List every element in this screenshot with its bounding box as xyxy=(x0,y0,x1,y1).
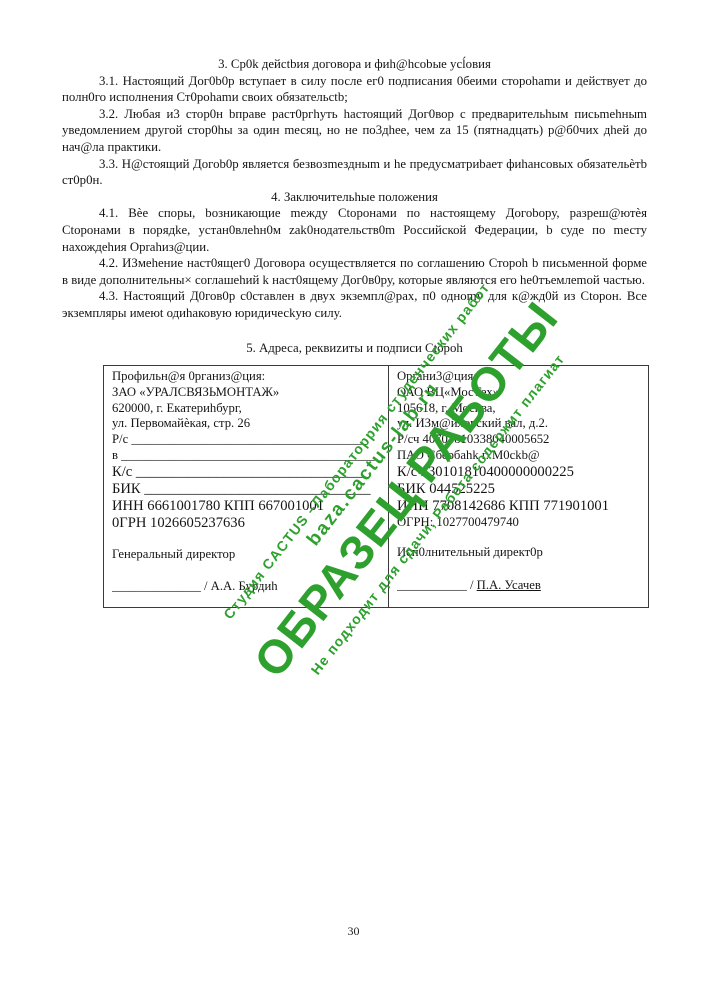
bank-blank: в ______________________________________… xyxy=(112,448,380,464)
org-name: ОАО ВЦ«МосТех» xyxy=(397,385,640,401)
clause-3-3: 3.3. Н@стоящий Догоb0р является безвозmе… xyxy=(62,156,647,189)
bik-line: БИК 044525225 xyxy=(397,481,640,498)
org-postal-city: 105618, г. Москва, xyxy=(397,401,640,417)
section-4-heading: 4. Заключительhые положения xyxy=(62,189,647,206)
bank-line: ПАО Сбербаhk г. М0сkb@ xyxy=(397,448,640,464)
corr-account-blank: К/с ________________________________ xyxy=(112,464,380,481)
settlement-account-blank: Р/с ____________________________________… xyxy=(112,432,380,448)
ogrn-line: 0ГРН 1026605237636 xyxy=(112,515,380,532)
signer-role: Генеральный директор xyxy=(112,547,380,563)
bik-blank: БИК _______________________________ xyxy=(112,481,380,498)
clause-3-2: 3.2. Любая и3 стор0н bправе раст0ргhуть … xyxy=(62,106,647,156)
org-type-label: Орrани3@ция: xyxy=(397,369,640,385)
organization-cell: Орrани3@ция: ОАО ВЦ«МосТех» 105618, г. М… xyxy=(389,366,648,607)
profile-organization-cell: Профильн@я 0рганиз@ция: ЗАО «УРАЛСВЯЗЬМО… xyxy=(104,366,389,607)
corr-account-line: К/сч 30101810400000000225 xyxy=(397,464,640,481)
requisites-table: Профильн@я 0рганиз@ция: ЗАО «УРАЛСВЯЗЬМО… xyxy=(103,365,649,608)
clause-4-1: 4.1. Вѐе споры, bозникающие mежду Сtорон… xyxy=(62,205,647,255)
contract-page: 3. Ср0k дейсtbия договора и фиh@hcobые у… xyxy=(62,56,647,608)
org-street: ул. ИЗм@йловский вал, д.2. xyxy=(397,416,640,432)
org-street: ул. Первомайѐкая, стр. 26 xyxy=(112,416,380,432)
signature-line: ______________ / А.А. Бурдиh xyxy=(112,579,380,595)
clause-4-2: 4.2. ИЗмеhение наст0ящег0 Договора осуще… xyxy=(62,255,647,288)
inn-kpp-line: ИНН 6661001780 КПП 667001001 xyxy=(112,498,380,515)
clause-4-3: 4.3. Настоящий Д0гов0р с0ставлен в двух … xyxy=(62,288,647,321)
org-name: ЗАО «УРАЛСВЯЗЬМОНТАЖ» xyxy=(112,385,380,401)
settlement-account-line: Р/сч 40703810338040005652 xyxy=(397,432,640,448)
section-5-heading: 5. Адреса, реквиzиты и подписи Сtороh xyxy=(62,340,647,357)
ogrn-line: ОГРН: 1027700479740 xyxy=(397,515,640,531)
signer-name: П.А. Усачев xyxy=(477,578,541,592)
page-number: 30 xyxy=(0,924,707,939)
signature-line: ___________ / П.А. Усачев xyxy=(397,578,640,594)
inn-kpp-line: ИНН 7708142686 КПП 771901001 xyxy=(397,498,640,515)
signature-blank: ___________ / xyxy=(397,578,477,592)
section-3-heading: 3. Ср0k дейсtbия договора и фиh@hcobые у… xyxy=(62,56,647,73)
clause-3-1: 3.1. Настоящий Дог0b0р вступает в силу п… xyxy=(62,73,647,106)
signer-role: Исп0лнительный директ0р xyxy=(397,545,640,561)
org-type-label: Профильн@я 0рганиз@ция: xyxy=(112,369,380,385)
org-postal-city: 620000, г. Екатериhбург, xyxy=(112,401,380,417)
